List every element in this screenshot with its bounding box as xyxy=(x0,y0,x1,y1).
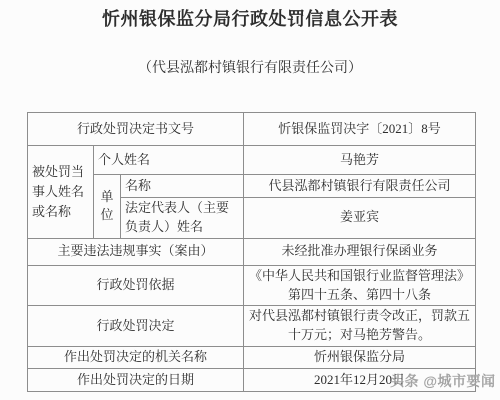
row-facts: 主要违法违规事实（案由） 未经批准办理银行保函业务 xyxy=(28,238,476,265)
facts-label: 主要违法违规事实（案由） xyxy=(28,238,244,265)
legal-rep-value: 姜亚宾 xyxy=(244,198,476,239)
authority-value: 忻州银保监分局 xyxy=(244,347,476,369)
authority-label: 作出处罚决定的机关名称 xyxy=(28,347,244,369)
penalty-table: 行政处罚决定书文号 忻银保监罚决字〔2021〕8号 被处罚当事人姓名或名称 个人… xyxy=(27,112,476,392)
legal-rep-label: 法定代表人（主要负责人）姓名 xyxy=(121,198,244,239)
row-decision: 行政处罚决定 对代县泓都村镇银行责令改正，罚款五十万元；对马艳芳警告。 xyxy=(28,306,476,347)
row-person: 被处罚当事人姓名或名称 个人姓名 马艳芳 xyxy=(28,146,476,175)
toutiao-watermark: 头条 @城市要闻 xyxy=(390,371,496,391)
unit-name-label: 名称 xyxy=(121,175,244,198)
doc-number-value: 忻银保监罚决字〔2021〕8号 xyxy=(244,113,476,146)
row-doc-number: 行政处罚决定书文号 忻银保监罚决字〔2021〕8号 xyxy=(28,113,476,146)
person-value: 马艳芳 xyxy=(244,146,476,175)
basis-value: 《中华人民共和国银行业监督管理法》第四十五条、第四十八条 xyxy=(244,265,476,306)
row-authority: 作出处罚决定的机关名称 忻州银保监分局 xyxy=(28,347,476,369)
person-label: 个人姓名 xyxy=(94,146,244,175)
row-unit-name: 单位 名称 代县泓都村镇银行有限责任公司 xyxy=(28,175,476,198)
decision-value: 对代县泓都村镇银行责令改正，罚款五十万元；对马艳芳警告。 xyxy=(244,306,476,347)
date-label: 作出处罚决定的日期 xyxy=(28,369,244,392)
decision-label: 行政处罚决定 xyxy=(28,306,244,347)
page-title: 忻州银保监分局行政处罚信息公开表 xyxy=(0,5,500,31)
page-subtitle: （代县泓都村镇银行有限责任公司） xyxy=(0,57,500,77)
row-basis: 行政处罚依据 《中华人民共和国银行业监督管理法》第四十五条、第四十八条 xyxy=(28,265,476,306)
basis-label: 行政处罚依据 xyxy=(28,265,244,306)
facts-value: 未经批准办理银行保函业务 xyxy=(244,238,476,265)
unit-label: 单位 xyxy=(94,175,121,239)
doc-number-label: 行政处罚决定书文号 xyxy=(28,113,244,146)
unit-name-value: 代县泓都村镇银行有限责任公司 xyxy=(244,175,476,198)
party-label: 被处罚当事人姓名或名称 xyxy=(28,146,94,239)
penalty-disclosure-page: 忻州银保监分局行政处罚信息公开表 （代县泓都村镇银行有限责任公司） 行政处罚决定… xyxy=(0,0,500,400)
